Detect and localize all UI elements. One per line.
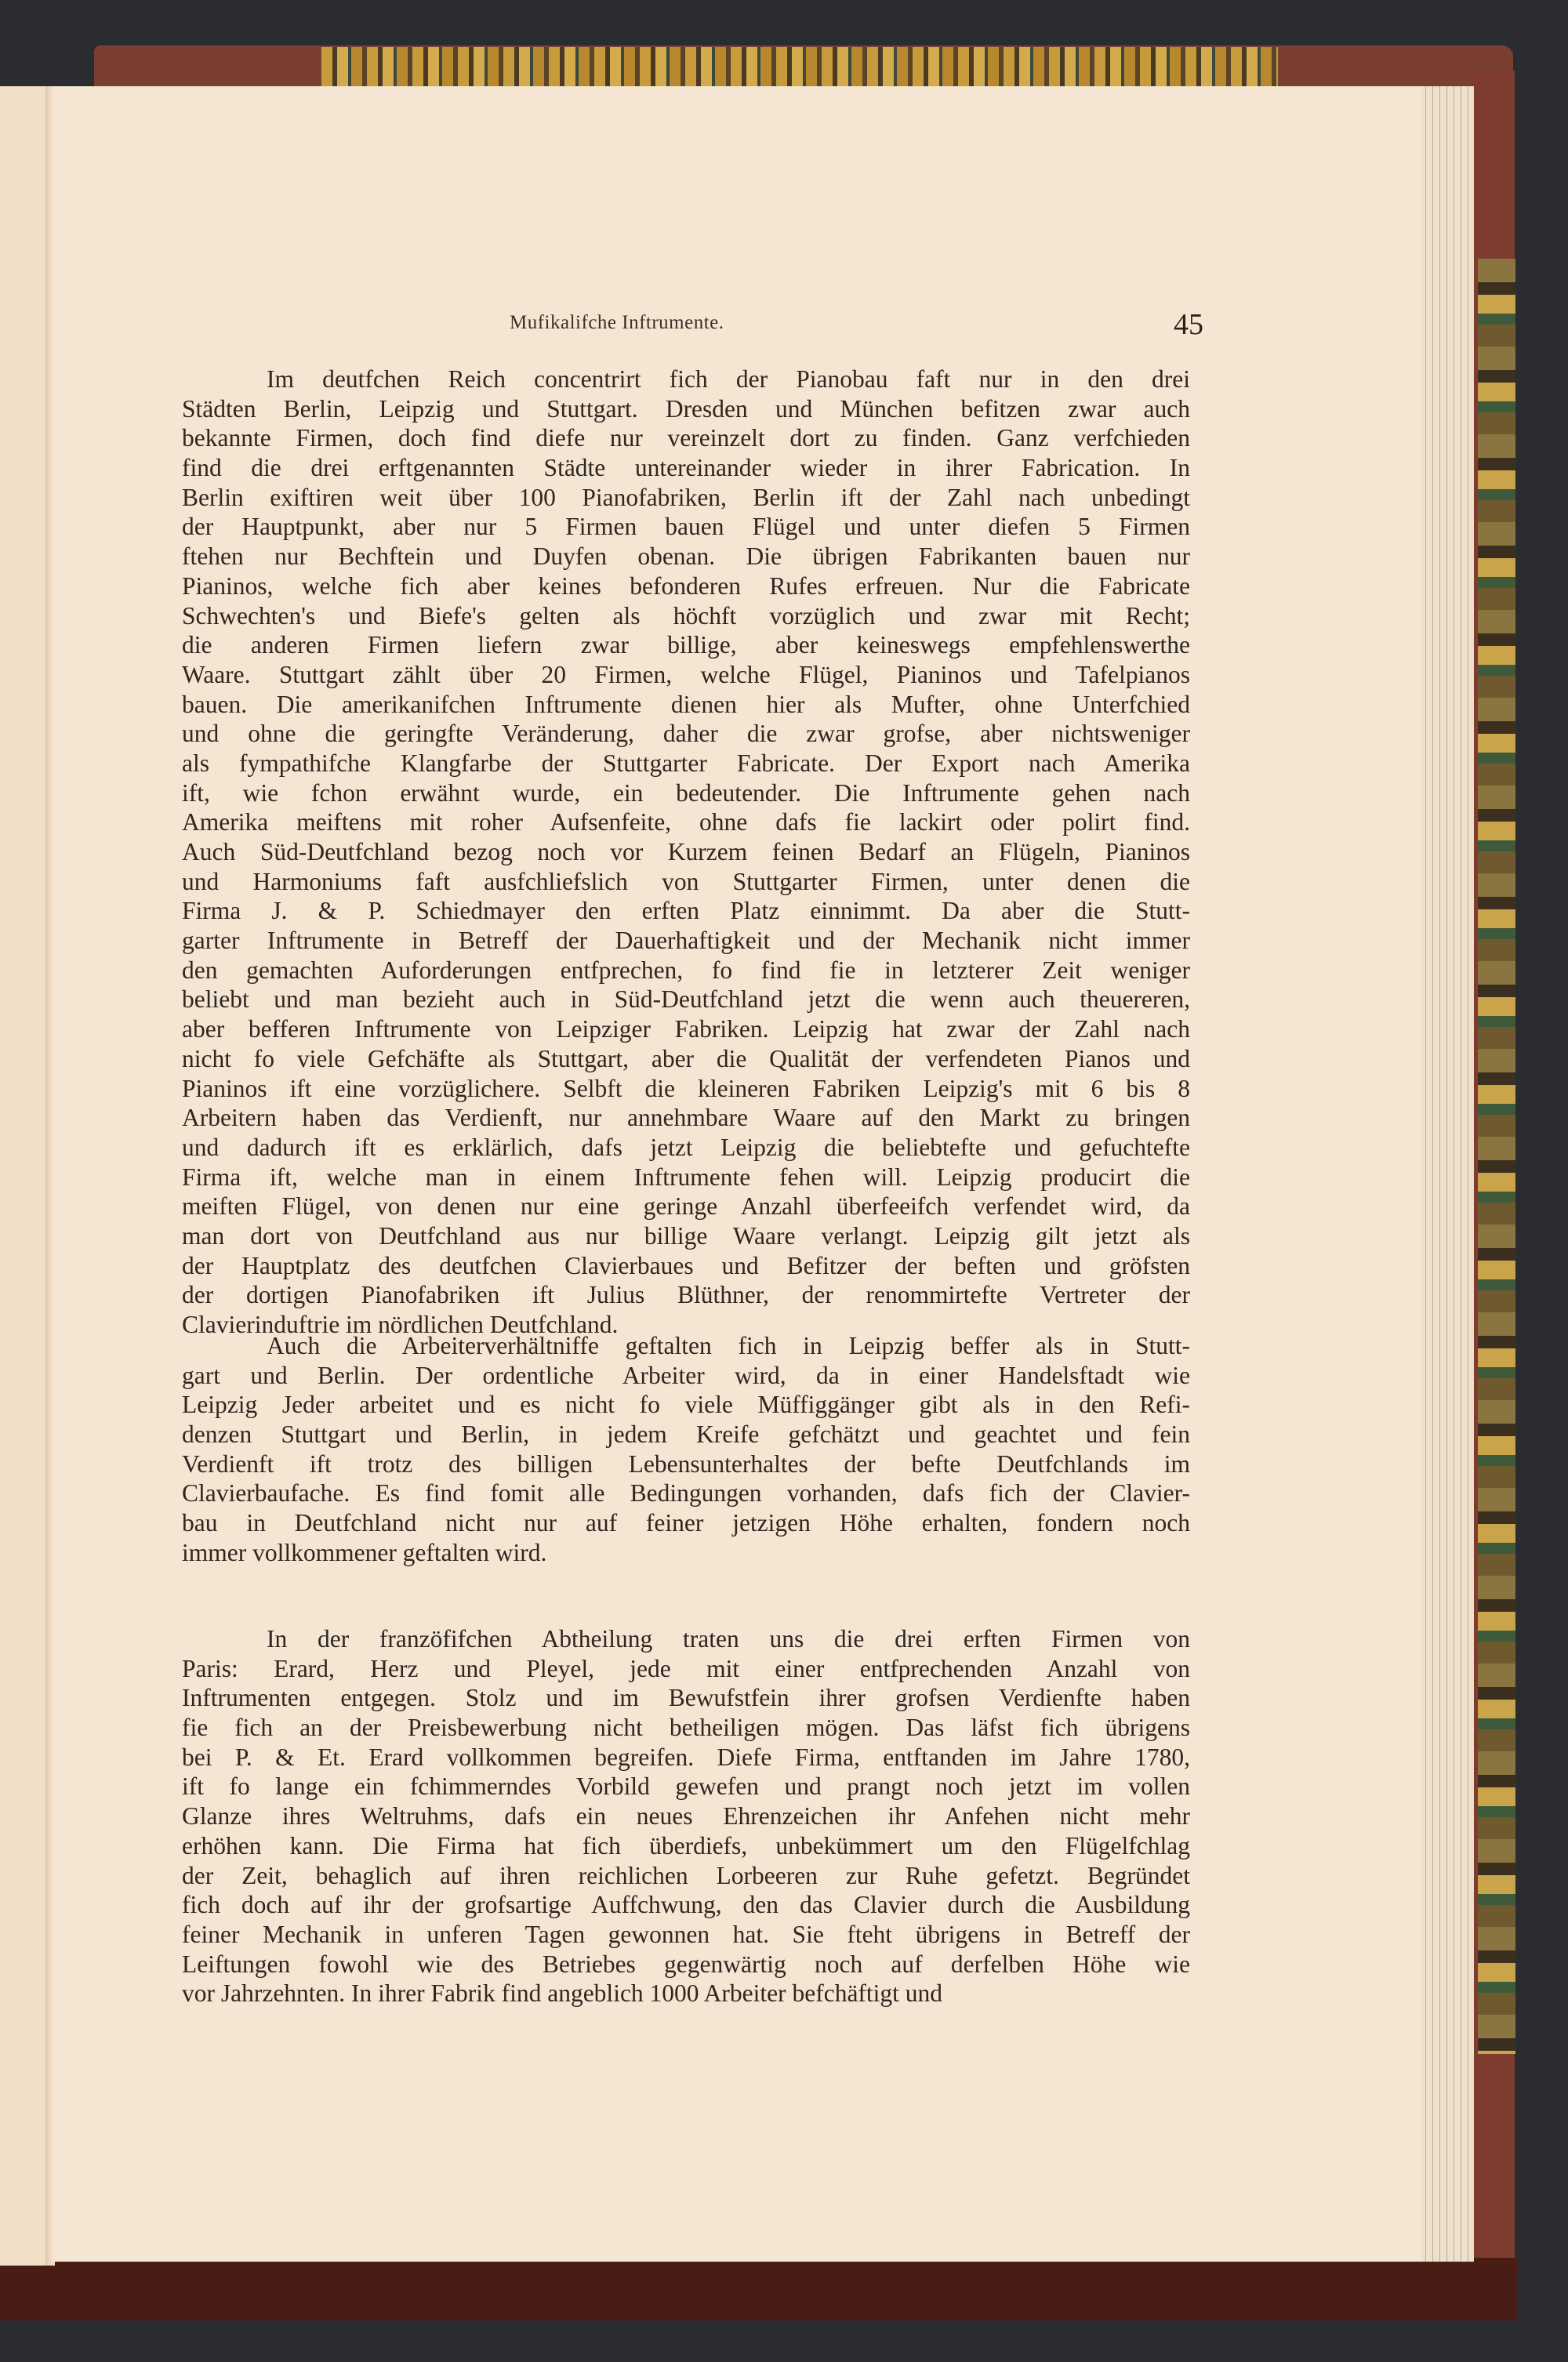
text-line: garter Inftrumente in Betreff der Dauerh… xyxy=(182,926,1190,956)
text-line: Verdienft ift trotz des billigen Lebensu… xyxy=(182,1449,1190,1479)
text-line: Berlin exiftiren weit über 100 Pianofabr… xyxy=(182,483,1190,513)
text-line: beliebt und man bezieht auch in Süd-Deut… xyxy=(182,985,1190,1014)
text-line: meiften Flügel, von denen nur eine gerin… xyxy=(182,1192,1190,1221)
text-line: Pianinos ift eine vorzüglichere. Selbft … xyxy=(182,1074,1190,1104)
text-line: bei P. & Et. Erard vollkommen begreifen.… xyxy=(182,1743,1190,1772)
text-line: immer vollkommener geftalten wird. xyxy=(182,1538,1190,1568)
text-line: denzen Stuttgart und Berlin, in jedem Kr… xyxy=(182,1420,1190,1449)
text-line: ftehen nur Bechftein und Duyfen obenan. … xyxy=(182,542,1190,571)
text-line: den gemachten Auforderungen entfprechen,… xyxy=(182,956,1190,985)
book-cover-bottom-edge xyxy=(0,2258,1517,2320)
page-number: 45 xyxy=(1174,307,1203,342)
text-line: aber befferen Inftrumente von Leipziger … xyxy=(182,1014,1190,1044)
paragraph-1: Im deutfchen Reich concentrirt fich der … xyxy=(182,365,1190,1340)
text-line: Waare. Stuttgart zählt über 20 Firmen, w… xyxy=(182,660,1190,690)
text-line: Amerika meiftens mit roher Aufsenfeite, … xyxy=(182,807,1190,837)
text-line: Firma ift, welche man in einem Inftrumen… xyxy=(182,1163,1190,1192)
text-line: der Hauptpunkt, aber nur 5 Firmen bauen … xyxy=(182,512,1190,542)
text-line: man dort von Deutfchland aus nur billige… xyxy=(182,1221,1190,1251)
text-line: fie fich an der Preisbewerbung nicht bet… xyxy=(182,1713,1190,1743)
text-line: die anderen Firmen liefern zwar billige,… xyxy=(182,630,1190,660)
text-line: und dadurch ift es erklärlich, dafs jetz… xyxy=(182,1133,1190,1163)
text-line: der dortigen Pianofabriken ift Julius Bl… xyxy=(182,1280,1190,1310)
text-line: vor Jahrzehnten. In ihrer Fabrik find an… xyxy=(182,1979,1190,2008)
paragraph-2: Auch die Arbeiterverhältniffe geftalten … xyxy=(182,1331,1190,1568)
text-line: ift, wie fchon erwähnt wurde, ein bedeut… xyxy=(182,778,1190,808)
marbled-board-edge xyxy=(1478,259,1515,2054)
text-line: Inftrumenten entgegen. Stolz und im Bewu… xyxy=(182,1683,1190,1713)
text-line: Paris: Erard, Herz und Pleyel, jede mit … xyxy=(182,1654,1190,1684)
text-line: In der franzöfifchen Abtheilung traten u… xyxy=(182,1624,1190,1654)
text-line: Firma J. & P. Schiedmayer den erften Pla… xyxy=(182,896,1190,926)
text-line: Glanze ihres Weltruhms, dafs ein neues E… xyxy=(182,1801,1190,1831)
running-head: Mufikalifche Inftrumente. xyxy=(510,312,724,334)
text-line: Schwechten's und Biefe's gelten als höch… xyxy=(182,601,1190,631)
text-line: Im deutfchen Reich concentrirt fich der … xyxy=(182,365,1190,394)
text-line: Städten Berlin, Leipzig und Stuttgart. D… xyxy=(182,394,1190,424)
text-line: Leipzig Jeder arbeitet und es nicht fo v… xyxy=(182,1390,1190,1420)
text-line: fich doch auf ihr der grofsartige Auffch… xyxy=(182,1890,1190,1920)
text-line: und ohne die geringfte Veränderung, dahe… xyxy=(182,719,1190,749)
text-line: Clavierbaufache. Es find fomit alle Bedi… xyxy=(182,1479,1190,1508)
text-line: als fympathifche Klangfarbe der Stuttgar… xyxy=(182,749,1190,778)
text-line: nicht fo viele Gefchäfte als Stuttgart, … xyxy=(182,1044,1190,1074)
text-line: bauen. Die amerikanifchen Inftrumente di… xyxy=(182,690,1190,720)
text-line: gart und Berlin. Der ordentliche Arbeite… xyxy=(182,1361,1190,1391)
text-line: find die drei erftgenannten Städte unter… xyxy=(182,453,1190,483)
text-line: Arbeitern haben das Verdienft, nur anneh… xyxy=(182,1103,1190,1133)
text-line: und Harmoniums faft ausfchliefslich von … xyxy=(182,867,1190,897)
text-line: Auch Süd-Deutfchland bezog noch vor Kurz… xyxy=(182,837,1190,867)
text-line: bekannte Firmen, doch find diefe nur ver… xyxy=(182,423,1190,453)
text-line: bau in Deutfchland nicht nur auf feiner … xyxy=(182,1508,1190,1538)
text-line: ift fo lange ein fchimmerndes Vorbild ge… xyxy=(182,1772,1190,1801)
text-line: der Hauptplatz des deutfchen Clavierbaue… xyxy=(182,1251,1190,1281)
page-stack-edges xyxy=(1415,86,1474,2262)
text-line: Leiftungen fowohl wie des Betriebes gege… xyxy=(182,1950,1190,1979)
text-line: der Zeit, behaglich auf ihren reichliche… xyxy=(182,1861,1190,1891)
text-line: erhöhen kann. Die Firma hat fich überdie… xyxy=(182,1831,1190,1861)
text-line: Pianinos, welche fich aber keines befond… xyxy=(182,571,1190,601)
text-line: feiner Mechanik in unferen Tagen gewonne… xyxy=(182,1920,1190,1950)
gutter-binding xyxy=(45,86,53,2266)
text-line: Auch die Arbeiterverhältniffe geftalten … xyxy=(182,1331,1190,1361)
paragraph-3: In der franzöfifchen Abtheilung traten u… xyxy=(182,1624,1190,2008)
